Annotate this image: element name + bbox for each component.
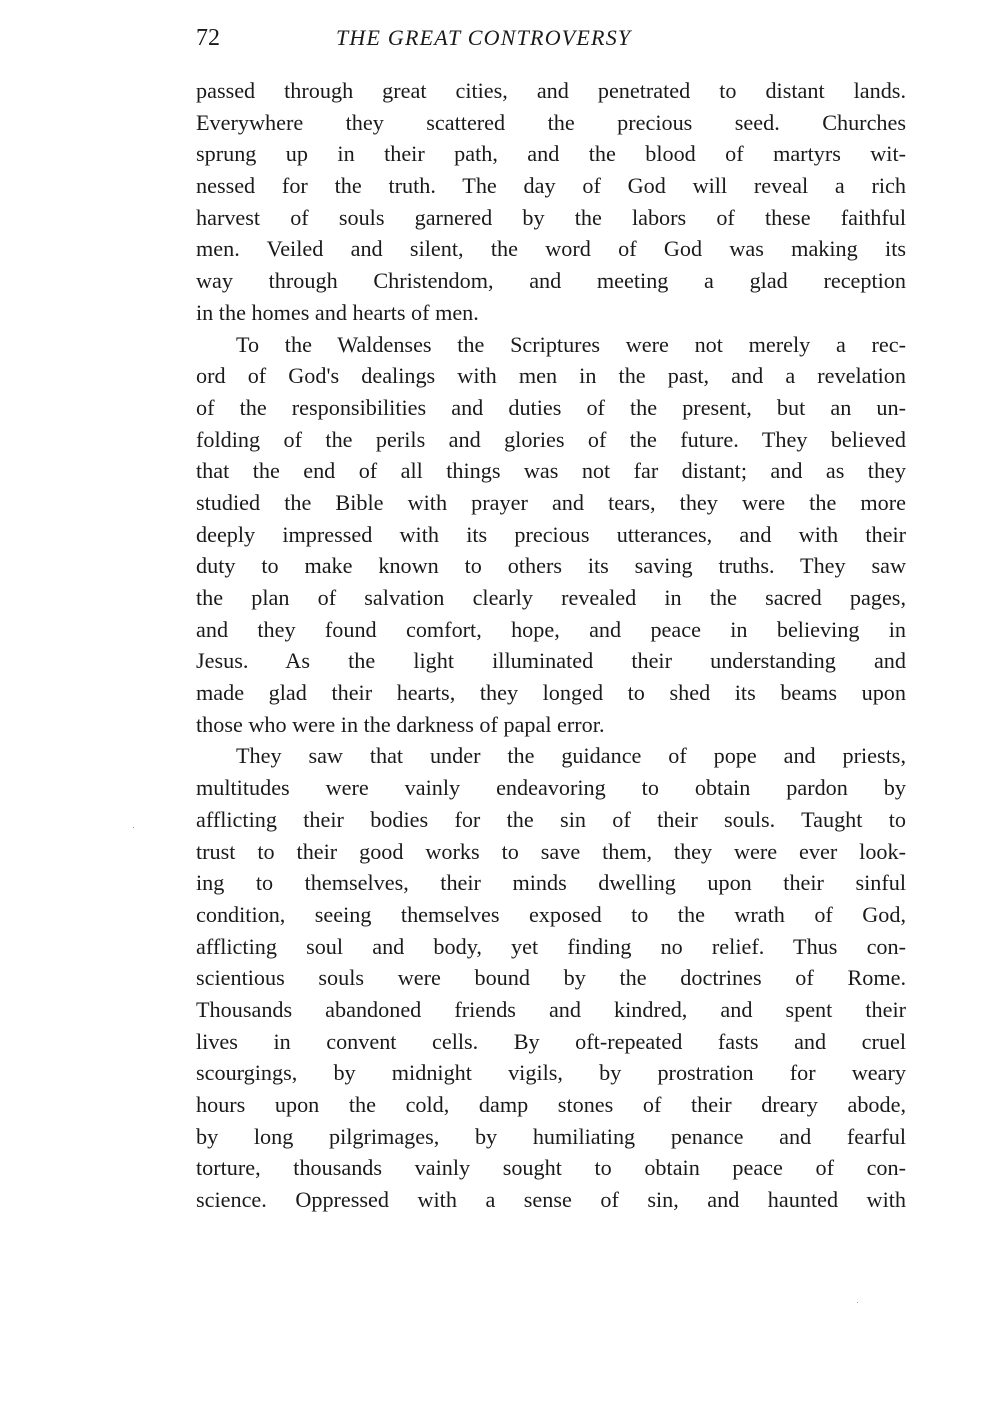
text-line: lives in convent cells. By oft-repeated … <box>196 1026 906 1058</box>
text-line: duty to make known to others its saving … <box>196 550 906 582</box>
text-line: Thousands abandoned friends and kindred,… <box>196 994 906 1026</box>
text-line: To the Waldenses the Scriptures were not… <box>196 329 906 361</box>
running-head: 72 THE GREAT CONTROVERSY <box>196 20 908 60</box>
text-line: deeply impressed with its precious utter… <box>196 519 906 551</box>
text-line: condition, seeing themselves exposed to … <box>196 899 906 931</box>
text-line: Jesus. As the light illuminated their un… <box>196 645 906 677</box>
scan-speck <box>857 1302 858 1303</box>
text-line: ord of God's dealings with men in the pa… <box>196 360 906 392</box>
text-line: hours upon the cold, damp stones of thei… <box>196 1089 906 1121</box>
text-line: of the responsibilities and duties of th… <box>196 392 906 424</box>
page-number: 72 <box>196 20 220 56</box>
text-line: the plan of salvation clearly revealed i… <box>196 582 906 614</box>
text-line: men. Veiled and silent, the word of God … <box>196 233 906 265</box>
text-line: passed through great cities, and penetra… <box>196 75 906 107</box>
text-line: nessed for the truth. The day of God wil… <box>196 170 906 202</box>
text-line: made glad their hearts, they longed to s… <box>196 677 906 709</box>
text-line: folding of the perils and glories of the… <box>196 424 906 456</box>
text-line: scourgings, by midnight vigils, by prost… <box>196 1057 906 1089</box>
text-line: ing to themselves, their minds dwelling … <box>196 867 906 899</box>
book-page: 72 THE GREAT CONTROVERSY passed through … <box>0 0 1000 1414</box>
text-line: Everywhere they scattered the precious s… <box>196 107 906 139</box>
text-line: multitudes were vainly endeavoring to ob… <box>196 772 906 804</box>
text-line: in the homes and hearts of men. <box>196 297 906 329</box>
text-line: by long pilgrimages, by humiliating pena… <box>196 1121 906 1153</box>
text-line: harvest of souls garnered by the labors … <box>196 202 906 234</box>
text-line: sprung up in their path, and the blood o… <box>196 138 906 170</box>
text-line: that the end of all things was not far d… <box>196 455 906 487</box>
text-line: those who were in the darkness of papal … <box>196 709 906 741</box>
text-line: torture, thousands vainly sought to obta… <box>196 1152 906 1184</box>
text-line: scientious souls were bound by the doctr… <box>196 962 906 994</box>
text-line: science. Oppressed with a sense of sin, … <box>196 1184 906 1216</box>
text-line: They saw that under the guidance of pope… <box>196 740 906 772</box>
text-line: studied the Bible with prayer and tears,… <box>196 487 906 519</box>
text-line: afflicting soul and body, yet finding no… <box>196 931 906 963</box>
text-line: afflicting their bodies for the sin of t… <box>196 804 906 836</box>
body-text: passed through great cities, and penetra… <box>196 75 906 1216</box>
text-line: and they found comfort, hope, and peace … <box>196 614 906 646</box>
text-line: way through Christendom, and meeting a g… <box>196 265 906 297</box>
text-line: trust to their good works to save them, … <box>196 836 906 868</box>
scan-speck <box>133 827 134 828</box>
running-title: THE GREAT CONTROVERSY <box>336 20 631 56</box>
